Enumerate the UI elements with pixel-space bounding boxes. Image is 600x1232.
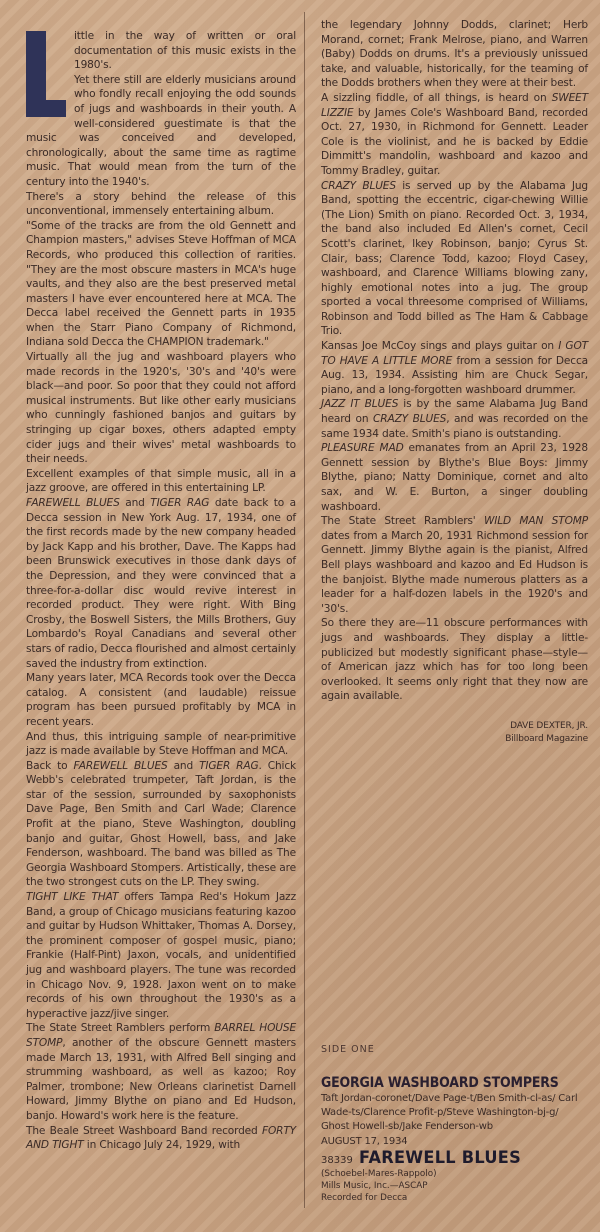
recording-date: AUGUST 17, 1934 [321, 1136, 588, 1147]
band-name: GEORGIA WASHBOARD STOMPERS [321, 1074, 551, 1091]
paragraph: Back to FAREWELL BLUES and TIGER RAG. Ch… [26, 759, 296, 890]
song-title: TIGER RAG [150, 497, 209, 509]
song-title: TIGHT LIKE THAT [26, 891, 118, 903]
right-column: the legendary Johnny Dodds, clarinet; He… [321, 18, 588, 746]
paragraph: PLEASURE MAD emanates from an April 23, … [321, 441, 588, 514]
paragraph: Yet there still are elderly musicians ar… [26, 73, 296, 190]
side-label: SIDE ONE [321, 1044, 588, 1055]
paragraph: There's a story behind the release of th… [26, 190, 296, 219]
song-title: WILD MAN STOMP [484, 515, 588, 527]
song-title: CRAZY BLUES [373, 413, 446, 425]
paragraph: FAREWELL BLUES and TIGER RAG date back t… [26, 496, 296, 671]
song-title: FAREWELL BLUES [26, 497, 120, 509]
author-name: DAVE DEXTER, JR. [321, 720, 588, 733]
paragraph: CRAZY BLUES is served up by the Alabama … [321, 179, 588, 340]
publisher: Mills Music, Inc.—ASCAP [321, 1180, 588, 1192]
paragraph: A sizzling fiddle, of all things, is hea… [321, 91, 588, 179]
paragraph: The State Street Ramblers' WILD MAN STOM… [321, 514, 588, 616]
signature: DAVE DEXTER, JR. Billboard Magazine [321, 720, 588, 746]
composers: (Schoebel-Mares-Rappolo) [321, 1168, 588, 1180]
song-title: CRAZY BLUES [321, 180, 396, 192]
paragraph: TIGHT LIKE THAT offers Tampa Red's Hokum… [26, 890, 296, 1021]
paragraph-quote: "Some of the tracks are from the old Gen… [26, 219, 296, 350]
paragraph: The Beale Street Washboard Band recorded… [26, 1124, 296, 1153]
track-credits: SIDE ONE GEORGIA WASHBOARD STOMPERS Taft… [321, 1044, 588, 1204]
paragraph-intro: L ittle in the way of written or oral do… [26, 29, 296, 73]
paragraph: Virtually all the jug and washboard play… [26, 350, 296, 467]
column-divider [304, 12, 305, 1208]
song-title: TIGER RAG [199, 760, 258, 772]
left-column: L ittle in the way of written or oral do… [26, 29, 296, 1153]
catalog-number: 38339 [321, 1155, 353, 1166]
liner-notes-page: L ittle in the way of written or oral do… [0, 0, 600, 1232]
song-title: JAZZ IT BLUES [321, 398, 398, 410]
dropcap-l-icon: L [26, 31, 66, 117]
song-title: PLEASURE MAD [321, 442, 404, 454]
paragraph: Excellent examples of that simple music,… [26, 467, 296, 496]
publication-name: Billboard Magazine [321, 733, 588, 746]
paragraph: Many years later, MCA Records took over … [26, 671, 296, 729]
paragraph: And thus, this intriguing sample of near… [26, 730, 296, 759]
paragraph: Kansas Joe McCoy sings and plays guitar … [321, 339, 588, 397]
paragraph-closing: So there they are—11 obscure performance… [321, 616, 588, 704]
track-title: FAREWELL BLUES [359, 1148, 521, 1168]
personnel-list: Taft Jordan-coronet/Dave Page-t/Ben Smit… [321, 1092, 588, 1134]
paragraph: The State Street Ramblers perform BARREL… [26, 1021, 296, 1123]
recorded-for: Recorded for Decca [321, 1192, 588, 1204]
paragraph: the legendary Johnny Dodds, clarinet; He… [321, 18, 588, 91]
track-entry: 38339 FAREWELL BLUES [321, 1148, 588, 1168]
paragraph: JAZZ IT BLUES is by the same Alabama Jug… [321, 397, 588, 441]
song-title: FAREWELL BLUES [73, 760, 167, 772]
